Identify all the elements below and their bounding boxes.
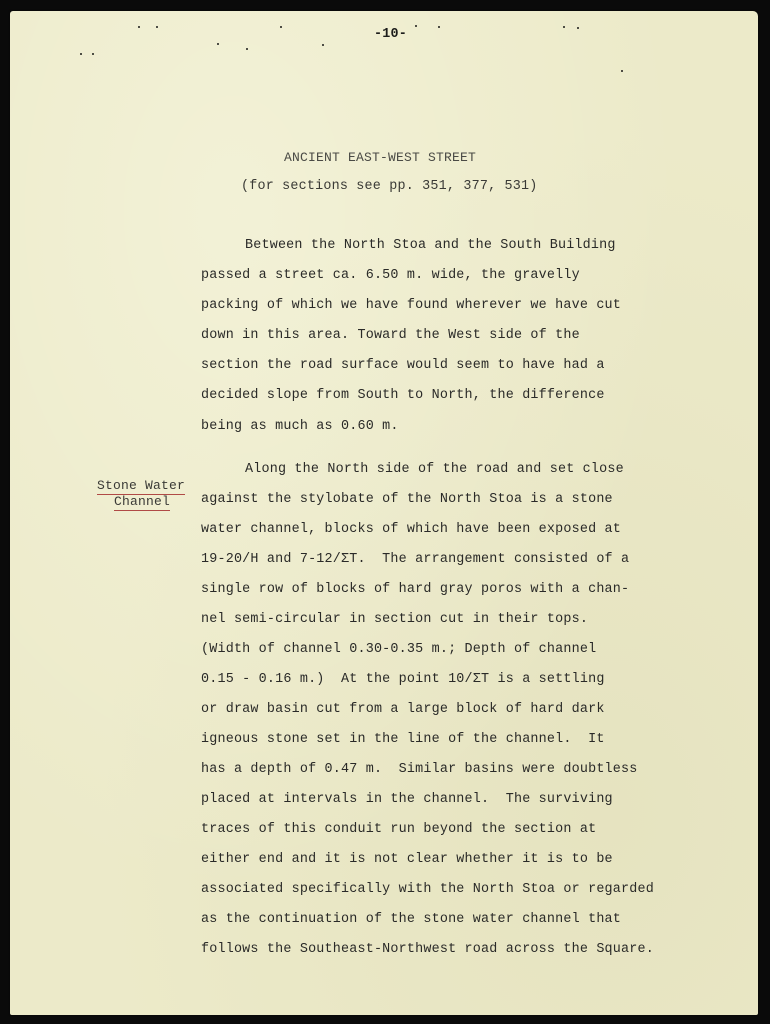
text-line: has a depth of 0.47 m. Similar basins we… — [201, 762, 638, 777]
ink-speck — [577, 27, 579, 29]
section-subtitle: (for sections see pp. 351, 377, 531) — [241, 179, 538, 194]
page-number: -10- — [374, 27, 407, 42]
text-line: 19-20/H and 7-12/ΣT. The arrangement con… — [201, 552, 629, 567]
text-line: associated specifically with the North S… — [201, 882, 654, 897]
ink-speck — [438, 26, 440, 28]
ink-speck — [415, 25, 417, 27]
margin-note-line-2: Channel — [114, 494, 170, 511]
text-line: Along the North side of the road and set… — [245, 462, 624, 477]
section-title: ANCIENT EAST-WEST STREET — [284, 150, 476, 165]
text-line: either end and it is not clear whether i… — [201, 852, 613, 867]
text-line: decided slope from South to North, the d… — [201, 388, 605, 403]
text-line: traces of this conduit run beyond the se… — [201, 822, 596, 837]
ink-speck — [138, 26, 140, 28]
text-line: placed at intervals in the channel. The … — [201, 792, 613, 807]
text-line: being as much as 0.60 m. — [201, 419, 399, 434]
ink-speck — [246, 48, 248, 50]
text-line: water channel, blocks of which have been… — [201, 522, 621, 537]
text-line: nel semi-circular in section cut in thei… — [201, 612, 588, 627]
text-line: follows the Southeast-Northwest road acr… — [201, 942, 654, 957]
text-line: as the continuation of the stone water c… — [201, 912, 621, 927]
ink-speck — [217, 43, 219, 45]
text-line: passed a street ca. 6.50 m. wide, the gr… — [201, 268, 580, 283]
text-line: or draw basin cut from a large block of … — [201, 702, 605, 717]
text-line: down in this area. Toward the West side … — [201, 328, 580, 343]
ink-speck — [280, 26, 282, 28]
ink-speck — [563, 26, 565, 28]
ink-speck — [80, 53, 82, 55]
text-line: 0.15 - 0.16 m.) At the point 10/ΣT is a … — [201, 672, 605, 687]
ink-speck — [92, 53, 94, 55]
text-line: igneous stone set in the line of the cha… — [201, 732, 605, 747]
margin-note-line: Channel — [66, 479, 170, 524]
text-line: against the stylobate of the North Stoa … — [201, 492, 613, 507]
text-line: single row of blocks of hard gray poros … — [201, 582, 629, 597]
ink-speck — [156, 26, 158, 28]
document-page: -10- ANCIENT EAST-WEST STREET (for secti… — [10, 11, 758, 1015]
text-line: section the road surface would seem to h… — [201, 358, 605, 373]
ink-speck — [322, 44, 324, 46]
text-line: packing of which we have found wherever … — [201, 298, 621, 313]
ink-speck — [621, 70, 623, 72]
text-line: (Width of channel 0.30-0.35 m.; Depth of… — [201, 642, 596, 657]
text-line: Between the North Stoa and the South Bui… — [245, 238, 616, 253]
